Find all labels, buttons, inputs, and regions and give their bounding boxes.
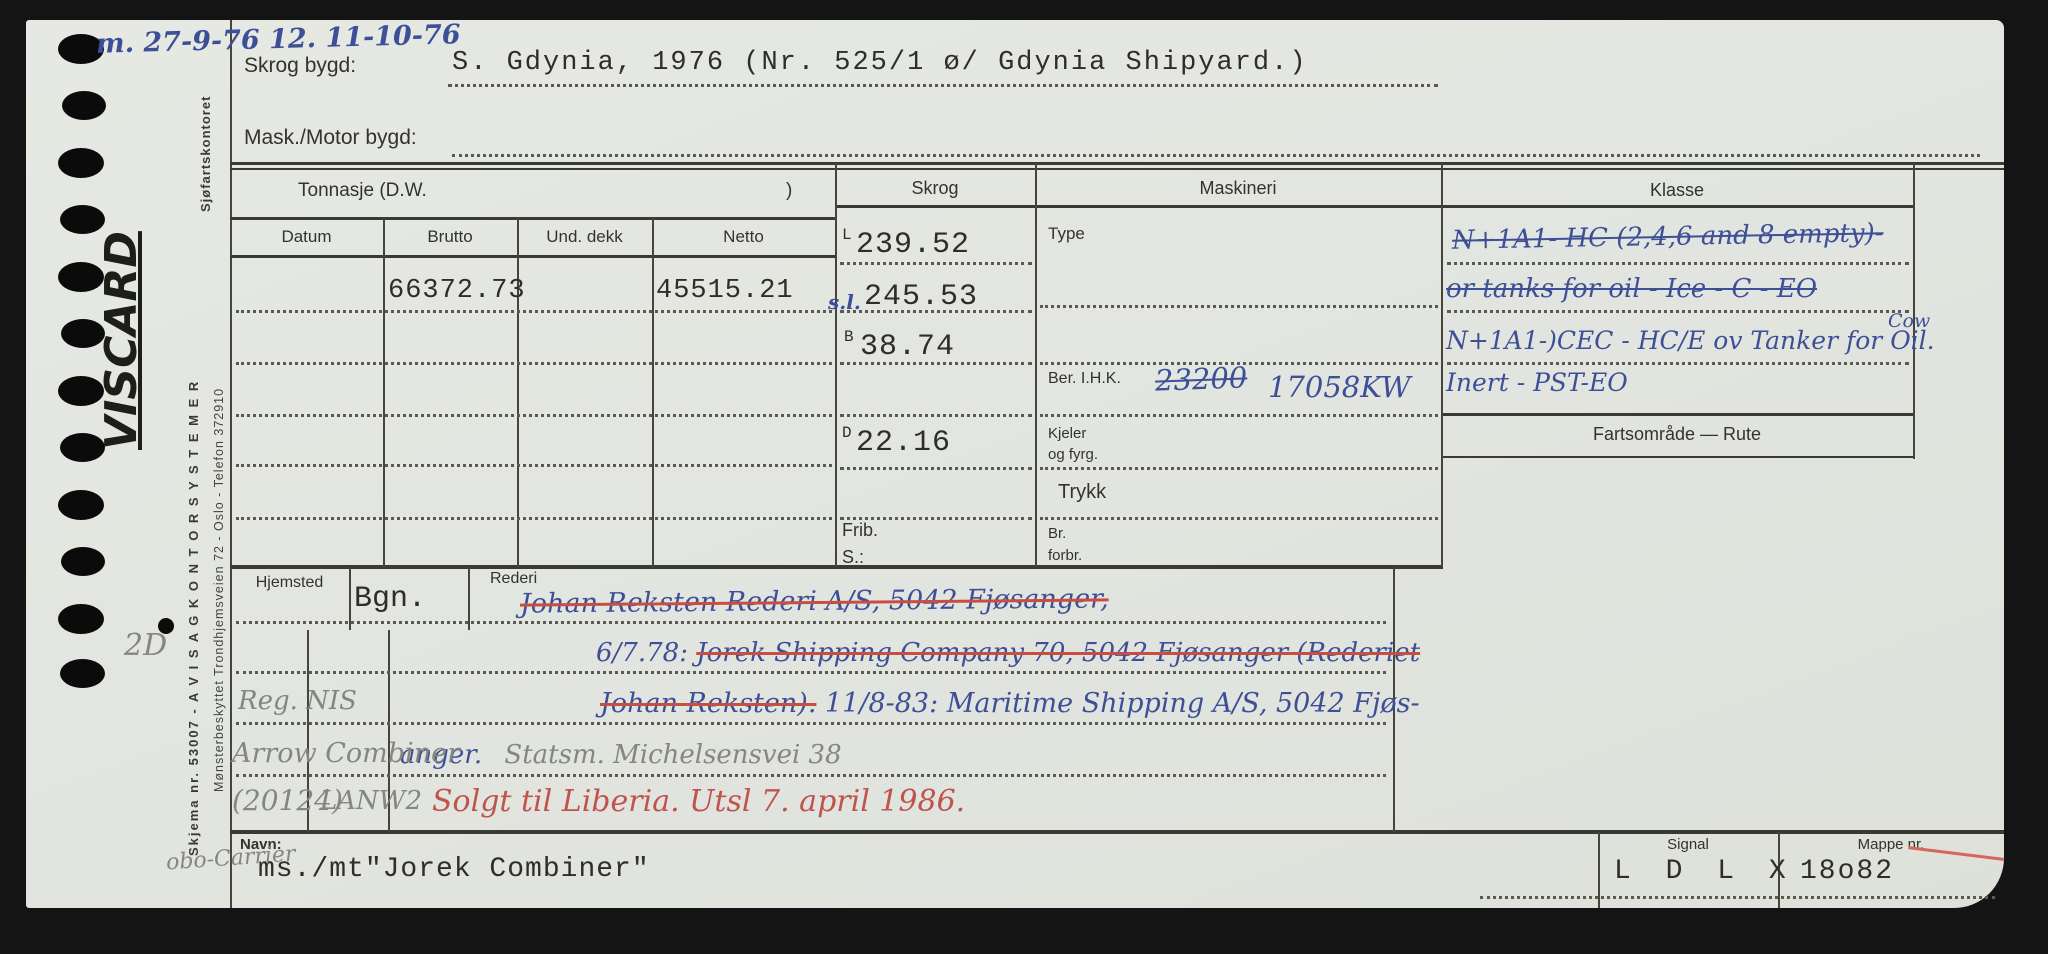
class-line-2: or tanks for oil - Ice - C - EO: [1446, 274, 1817, 304]
dotted-rule: [236, 671, 1386, 674]
dotted-rule: [448, 84, 1438, 87]
column-divider: [835, 163, 837, 567]
breadth-prefix: B: [844, 328, 854, 346]
owner-line-2-date: 6/7.78:: [596, 638, 688, 668]
content-left-border: [230, 20, 232, 908]
sidebar-office-label: Sjøfartskontoret: [198, 96, 213, 212]
signal-label: Signal: [1598, 836, 1778, 853]
dotted-rule: [1040, 414, 1438, 417]
scanned-ship-registry-card: Sjøfartskontoret VISCARD Skjema nr. 5300…: [0, 0, 2048, 954]
owner-line-2-struck: Jorek Shipping Company 70, 5042 Fjøsange…: [696, 638, 1420, 668]
folder-number-label: Mappe nr.: [1778, 836, 2004, 853]
table-rule: [230, 162, 2004, 165]
brutto-value: 66372.73: [388, 276, 526, 306]
column-header-netto: Netto: [652, 227, 835, 247]
boiler-label-1: Kjeler: [1048, 425, 1086, 442]
punch-hole: [58, 604, 104, 634]
owner-line-4-pencil: Statsm. Michelsensvei 38: [504, 740, 841, 770]
viscard-logo: VISCARD: [96, 231, 147, 450]
punch-hole: [61, 547, 105, 576]
tonnage-header: Tonnasje (D.W.: [298, 180, 427, 202]
dotted-rule: [840, 414, 1032, 417]
hull-built-value: S. Gdynia, 1976 (Nr. 525/1 ø/ Gdynia Shi…: [452, 48, 1308, 78]
punch-hole: [58, 490, 104, 520]
pressure-label: Trykk: [1058, 481, 1106, 504]
owner-line-3-rest: 11/8-83: Maritime Shipping A/S, 5042 Fjø…: [825, 688, 1420, 719]
punch-hole: [60, 659, 105, 688]
dotted-rule: [236, 414, 832, 417]
home-port-label: Hjemsted: [230, 574, 349, 592]
dotted-rule: [1040, 467, 1438, 470]
table-rule: [1441, 413, 1913, 416]
fuel-consumption-label-2: forbr.: [1048, 547, 1082, 564]
class-line-3: N+1A1-)CEC - HC/E ov Tanker for Oil.: [1446, 326, 1935, 355]
ihk-old-value: 23200: [1154, 360, 1247, 397]
owner-line-3: Johan Reksten). 11/8-83: Maritime Shippi…: [600, 688, 1420, 719]
new-callsign: LANW2: [320, 786, 422, 816]
column-divider: [1035, 163, 1037, 567]
punch-hole: [58, 148, 104, 178]
table-rule: [835, 205, 1913, 208]
boiler-label-2: og fyrg.: [1048, 446, 1098, 463]
dotted-rule: [452, 154, 1980, 157]
punch-hole: [60, 205, 105, 234]
dotted-rule: [1447, 262, 1909, 265]
owner-line-1-struck: Johan Reksten Rederi A/S, 5042 Fjøsanger…: [520, 583, 1109, 619]
dotted-rule: [1447, 362, 1909, 365]
owner-column-label: Rederi: [490, 570, 537, 588]
owner-line-2: 6/7.78: Jorek Shipping Company 70, 5042 …: [596, 638, 1420, 668]
column-divider: [1441, 163, 1443, 567]
column-divider: [517, 218, 519, 567]
column-divider: [383, 218, 385, 567]
hull-built-label: Skrog bygd:: [244, 54, 356, 78]
length-value: 239.52: [856, 228, 970, 262]
class-line-4: Inert - PST-EO: [1446, 368, 1628, 397]
punch-hole: [62, 91, 106, 120]
table-rule: [230, 255, 835, 258]
table-rule: [230, 168, 2004, 170]
signal-value: L D L X: [1614, 856, 1795, 887]
class-column-header: Klasse: [1441, 180, 1913, 201]
dotted-rule: [236, 774, 1386, 777]
machinery-column-header: Maskineri: [1035, 178, 1441, 199]
column-header-datum: Datum: [230, 227, 383, 247]
sidebar-form-number-line: Skjema nr. 53007 - A V I S A G K O N T O…: [186, 380, 201, 856]
depth-value: 22.16: [856, 426, 951, 460]
table-rule: [230, 217, 835, 220]
freeboard-s-label: S.:: [842, 547, 864, 568]
column-header-brutto: Brutto: [383, 227, 517, 247]
register-note: Reg. NIS: [238, 686, 357, 716]
sidebar-address-line: Mønsterbeskyttet Trondhjemsveien 72 - Os…: [212, 388, 226, 792]
dotted-rule: [236, 621, 1386, 624]
dotted-rule: [1480, 896, 1995, 899]
dotted-rule: [840, 467, 1032, 470]
ber-ihk-label: Ber. I.H.K.: [1048, 370, 1121, 388]
dotted-rule: [1040, 305, 1438, 308]
dotted-rule: [236, 722, 1386, 725]
owner-line-4: anger. Statsm. Michelsensvei 38: [400, 740, 842, 770]
table-rule: [230, 830, 2004, 834]
engine-built-label: Mask./Motor bygd:: [244, 126, 417, 150]
depth-prefix: D: [842, 424, 852, 442]
dotted-rule: [840, 362, 1032, 365]
column-divider: [652, 218, 654, 567]
owner-line-1: Johan Reksten Rederi A/S, 5042 Fjøsanger…: [520, 583, 1109, 619]
renamed-note: Arrow Combiner: [232, 738, 460, 769]
column-header-und-dekk: Und. dekk: [517, 227, 652, 247]
kw-value: 17058KW: [1268, 370, 1411, 404]
engine-type-label: Type: [1048, 224, 1085, 244]
tonnage-header-paren: ): [786, 180, 792, 202]
length-prefix: L: [842, 226, 852, 244]
dotted-rule: [840, 310, 1032, 313]
length-sl-value: 245.53: [864, 280, 978, 314]
dotted-rule: [236, 310, 832, 313]
sold-note: Solgt til Liberia. Utsl 7. april 1986.: [432, 784, 965, 819]
breadth-value: 38.74: [860, 330, 955, 364]
dotted-rule: [236, 517, 832, 520]
trading-area-header: Fartsområde — Rute: [1441, 424, 1913, 445]
dotted-rule: [1447, 310, 1909, 313]
dotted-rule: [236, 362, 832, 365]
folder-number-value: 18o82: [1800, 856, 1894, 887]
class-line-3-superscript: Cow: [1888, 310, 1930, 332]
hull-column-header: Skrog: [835, 178, 1035, 199]
dotted-rule: [1040, 517, 1438, 520]
dotted-rule: [840, 517, 1032, 520]
netto-value: 45515.21: [656, 276, 794, 306]
owner-line-3-struck: Johan Reksten).: [600, 688, 816, 719]
dotted-rule: [840, 262, 1032, 265]
home-port-value: Bgn.: [354, 582, 426, 616]
fuel-consumption-label-1: Br.: [1048, 525, 1066, 542]
dotted-rule: [236, 464, 832, 467]
pencil-mark-2d: 2D: [124, 628, 167, 663]
ship-name-value: ms./mt"Jorek Combiner": [258, 854, 650, 885]
freeboard-label: Frib.: [842, 520, 878, 541]
table-rule: [1441, 456, 1913, 458]
dotted-rule: [1040, 362, 1438, 365]
